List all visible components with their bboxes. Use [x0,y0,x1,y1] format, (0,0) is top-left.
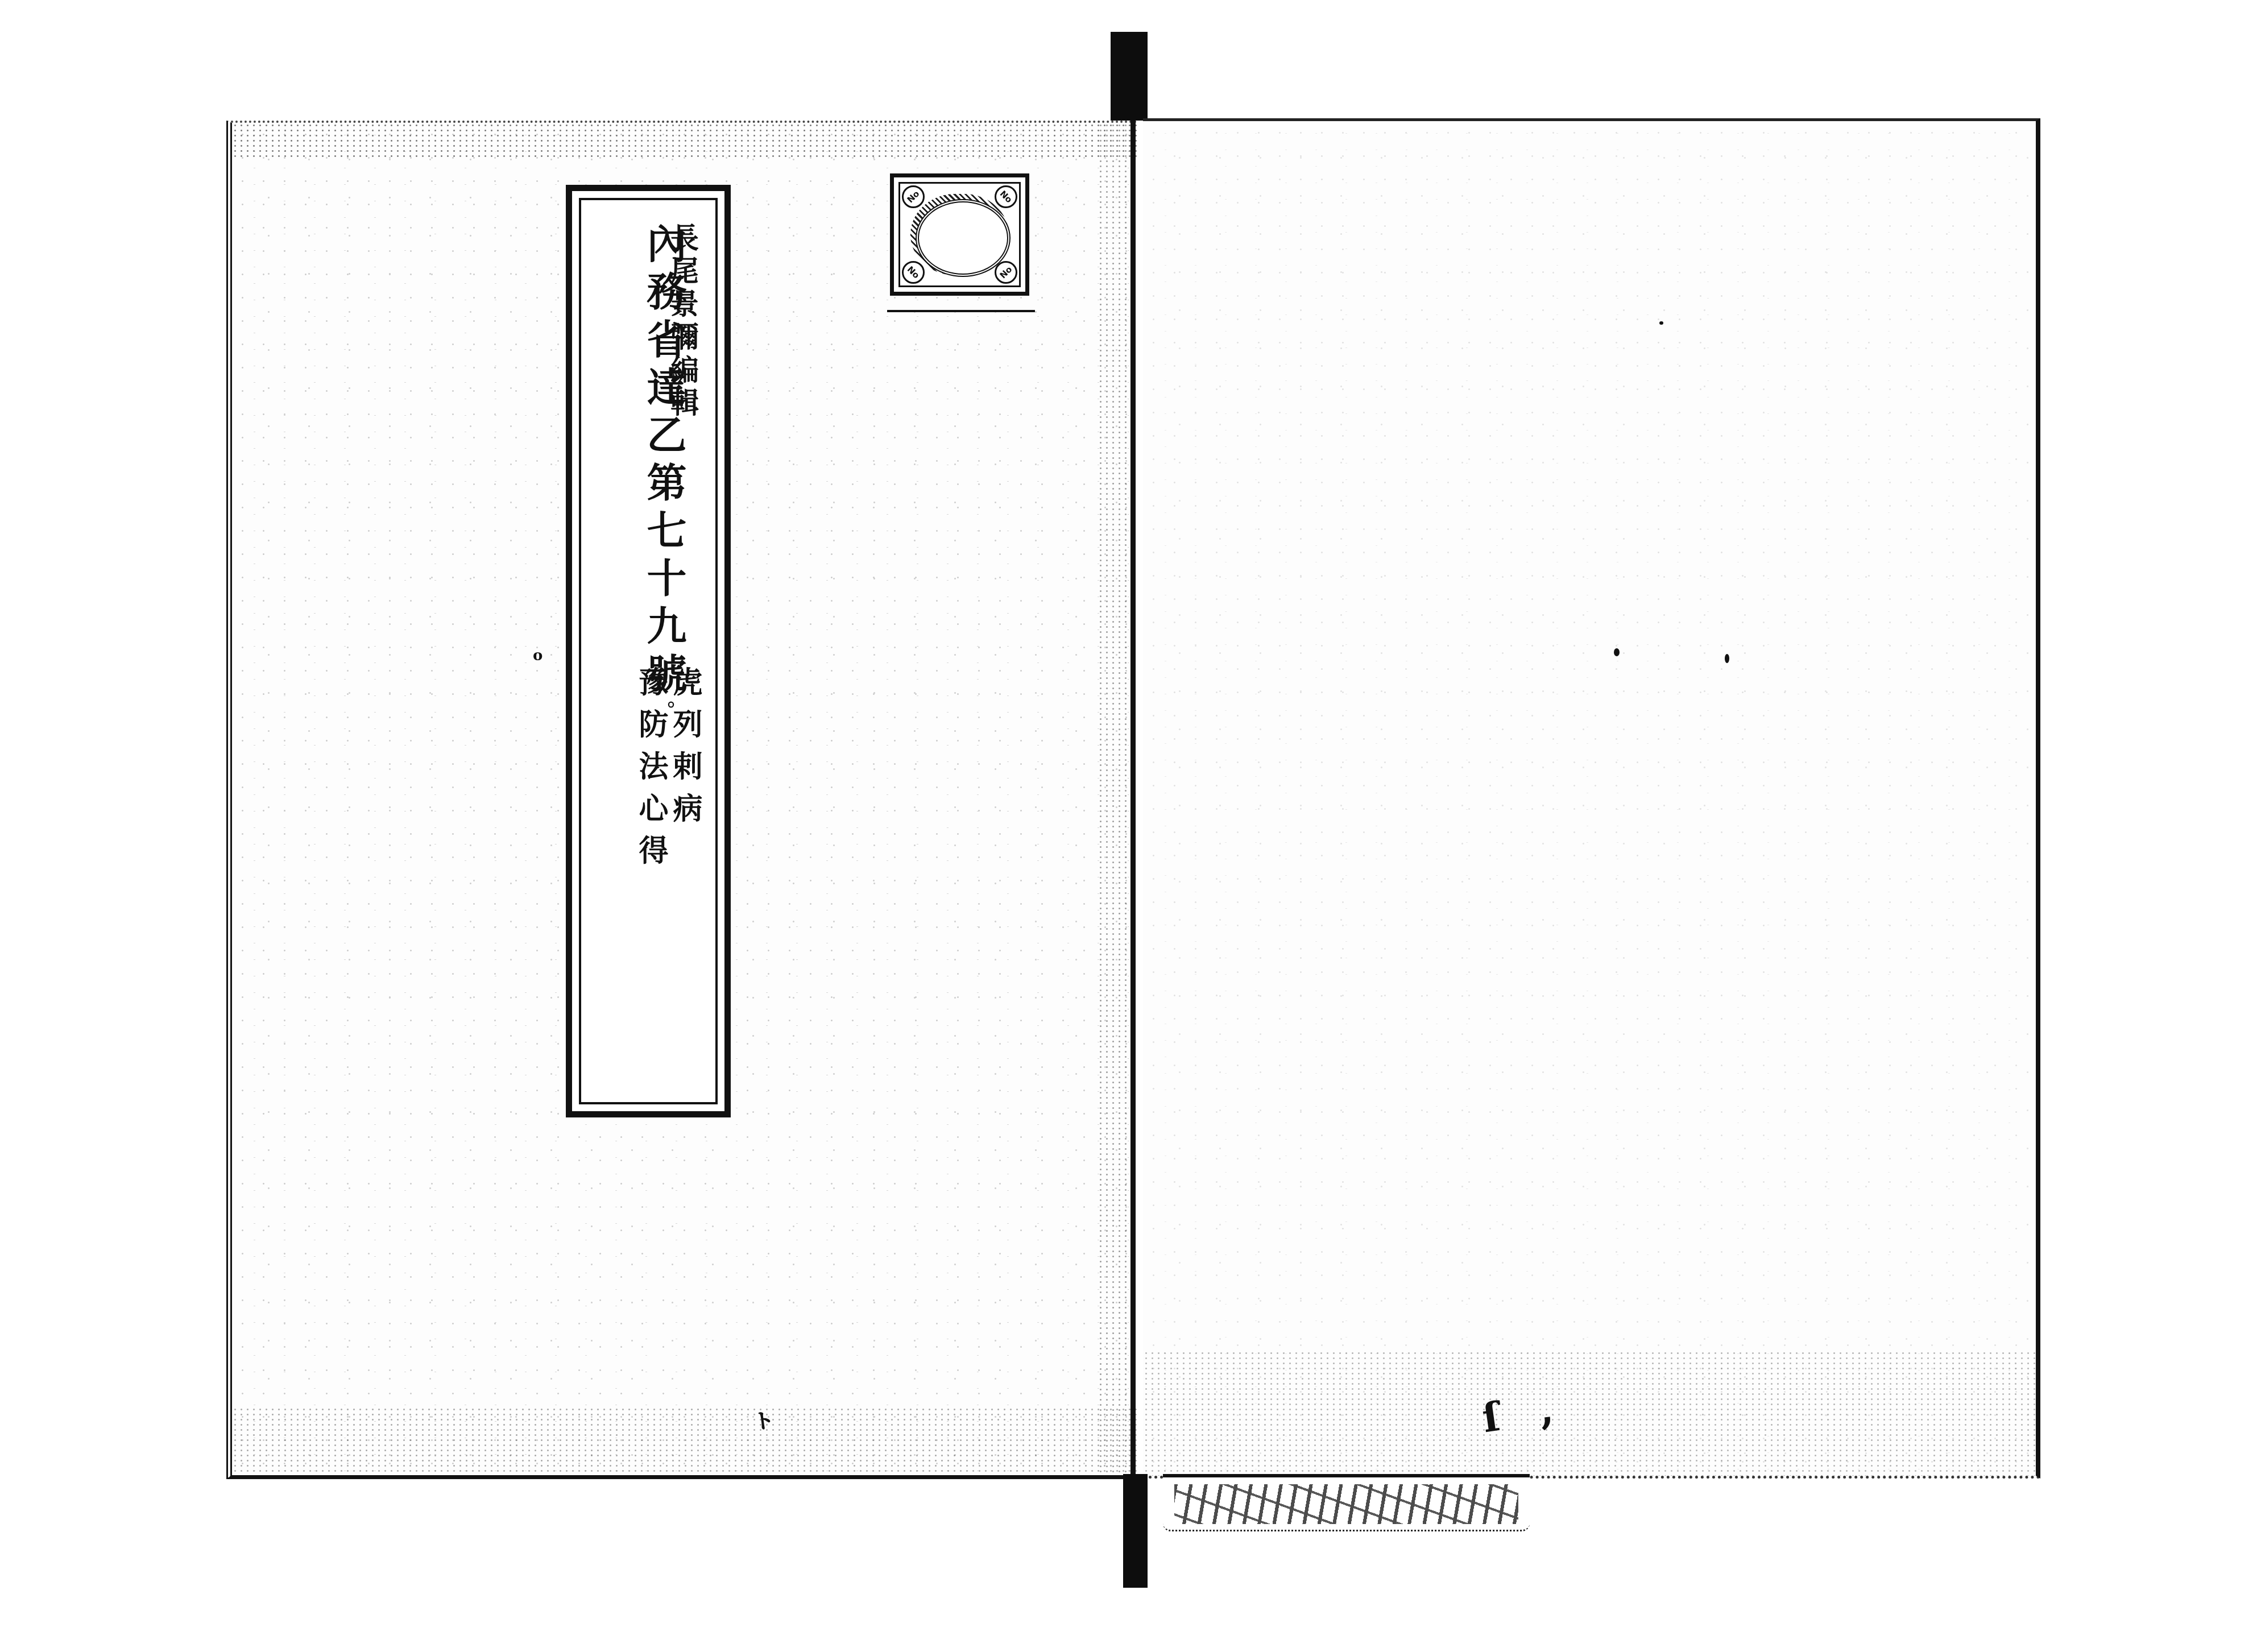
ink-speck [1614,648,1620,656]
bottom-edge-wear [1143,1351,2036,1476]
subtitle-left-column: 豫防法心得 [630,666,672,877]
ink-speck [1659,321,1663,325]
top-edge-wear [232,123,1137,157]
ink-stain-mark-right: ſ , [1479,1377,1556,1444]
ink-stain-mark-left: ㇳ [747,1394,779,1437]
paper-texture [1143,121,2036,1476]
title-label: 長尾景彌編輯 內務省達乙第七十九號。 虎列剌病 豫防法心得 [566,185,731,1117]
spine-bottom-tab [1123,1474,1148,1588]
right-page-blank [1143,118,2040,1479]
main-title: 內務省達乙第七十九號。 [635,223,693,728]
ornamental-number-label: No No No No [890,173,1029,296]
stray-circle-mark: o [533,647,543,664]
spine-top-tab [1111,32,1148,121]
main-title-text: 內務省達乙第七十九號 [640,223,688,701]
spine-gutter-line [1130,121,1136,1474]
bottom-edge-wear [232,1407,1137,1475]
title-label-inner-frame: 長尾景彌編輯 內務省達乙第七十九號。 虎列剌病 豫防法心得 [579,198,718,1104]
number-label-underline [887,299,1035,312]
bottom-handwritten-tag: （判読不能の手書き） [1163,1474,1530,1531]
ink-speck [1725,654,1729,663]
